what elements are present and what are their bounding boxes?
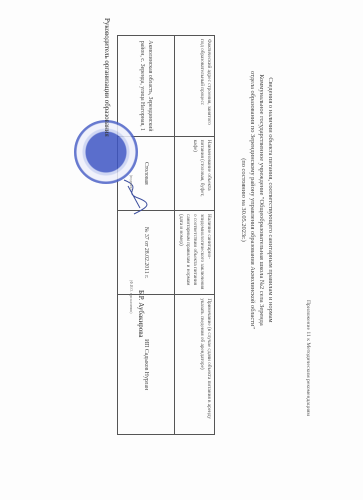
header-conclusion: Наличие санитарно-эпидемиологического за… — [175, 210, 215, 294]
cell-note: ИП Садыков Нурлан — [118, 295, 175, 435]
title-line: Сведения о наличии объекта питания, соот… — [266, 30, 275, 370]
name-caption: (Ф.И.О. при наличии) — [129, 280, 133, 313]
title-line: отдела образования по Зерендинскому райо… — [248, 30, 257, 370]
table-header-row: Фактический адрес строения, занятого под… — [175, 36, 215, 435]
rotated-document: Приложение 11 к Методическим рекомендаци… — [0, 0, 363, 500]
header-address: Фактический адрес строения, занятого под… — [175, 36, 215, 137]
signature-caption: (подпись) — [129, 175, 133, 190]
cell-conclusion: № 37 от 28.02.2011 г. — [118, 210, 175, 294]
annex-label: Приложение 11 к Методическим рекомендаци… — [305, 300, 311, 416]
document-title: Сведения о наличии объекта питания, соот… — [239, 30, 275, 370]
cell-address: Акмолинская область, Зерендинский район,… — [118, 36, 175, 137]
facility-table: Фактический адрес строения, занятого под… — [117, 35, 215, 435]
signatory-name: Б.Р. Аубакирова — [137, 290, 145, 338]
title-line: Коммунальное государственное учреждение … — [257, 30, 266, 370]
table-row: Акмолинская область, Зерендинский район,… — [118, 36, 175, 435]
signature-role: Руководитель организации образования — [103, 18, 111, 137]
handwritten-signature-icon — [120, 178, 148, 218]
header-facility: Наименование объекта питания (столовая, … — [175, 136, 215, 210]
scanned-page: Приложение 11 к Методическим рекомендаци… — [0, 0, 363, 500]
header-note: Примечание (в случае сдачи объекта питан… — [175, 295, 215, 435]
title-line: (по состоянию на 30.05.2023г.) — [239, 30, 248, 370]
